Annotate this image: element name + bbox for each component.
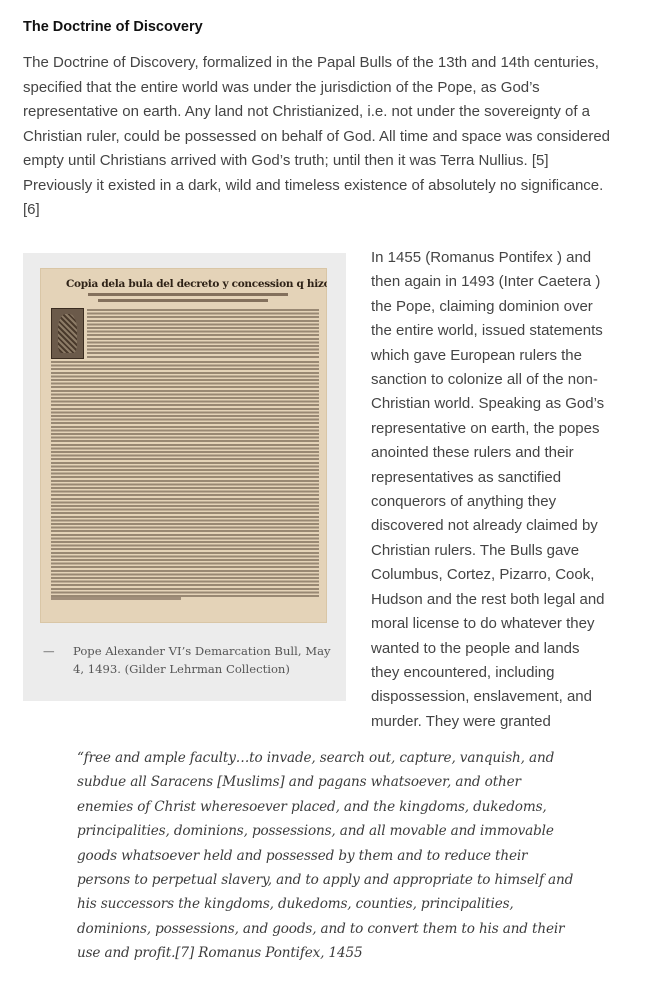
papal-bull-image: Copia dela bula del decreto y concession… bbox=[40, 268, 327, 623]
document-text-block bbox=[51, 361, 319, 597]
document-heading: Copia dela bula del decreto y concession… bbox=[66, 278, 327, 290]
illuminated-initial-icon bbox=[51, 308, 84, 359]
intro-paragraph: The Doctrine of Discovery, formalized in… bbox=[23, 51, 613, 223]
blockquote: “free and ample faculty…to invade, searc… bbox=[77, 746, 577, 966]
document-text-block bbox=[87, 309, 319, 359]
article-title: The Doctrine of Discovery bbox=[23, 19, 203, 35]
side-paragraph: In 1455 (Romanus Pontifex ) and then aga… bbox=[371, 246, 611, 734]
document-subheading-line bbox=[88, 293, 288, 296]
figure-caption: — Pope Alexander VI’s Demarcation Bull, … bbox=[43, 642, 343, 678]
caption-dash: — bbox=[43, 642, 73, 678]
caption-text: Pope Alexander VI’s Demarcation Bull, Ma… bbox=[73, 642, 343, 678]
document-subheading-line bbox=[98, 299, 268, 302]
figure: Copia dela bula del decreto y concession… bbox=[23, 253, 346, 701]
document-text-line bbox=[51, 597, 181, 600]
